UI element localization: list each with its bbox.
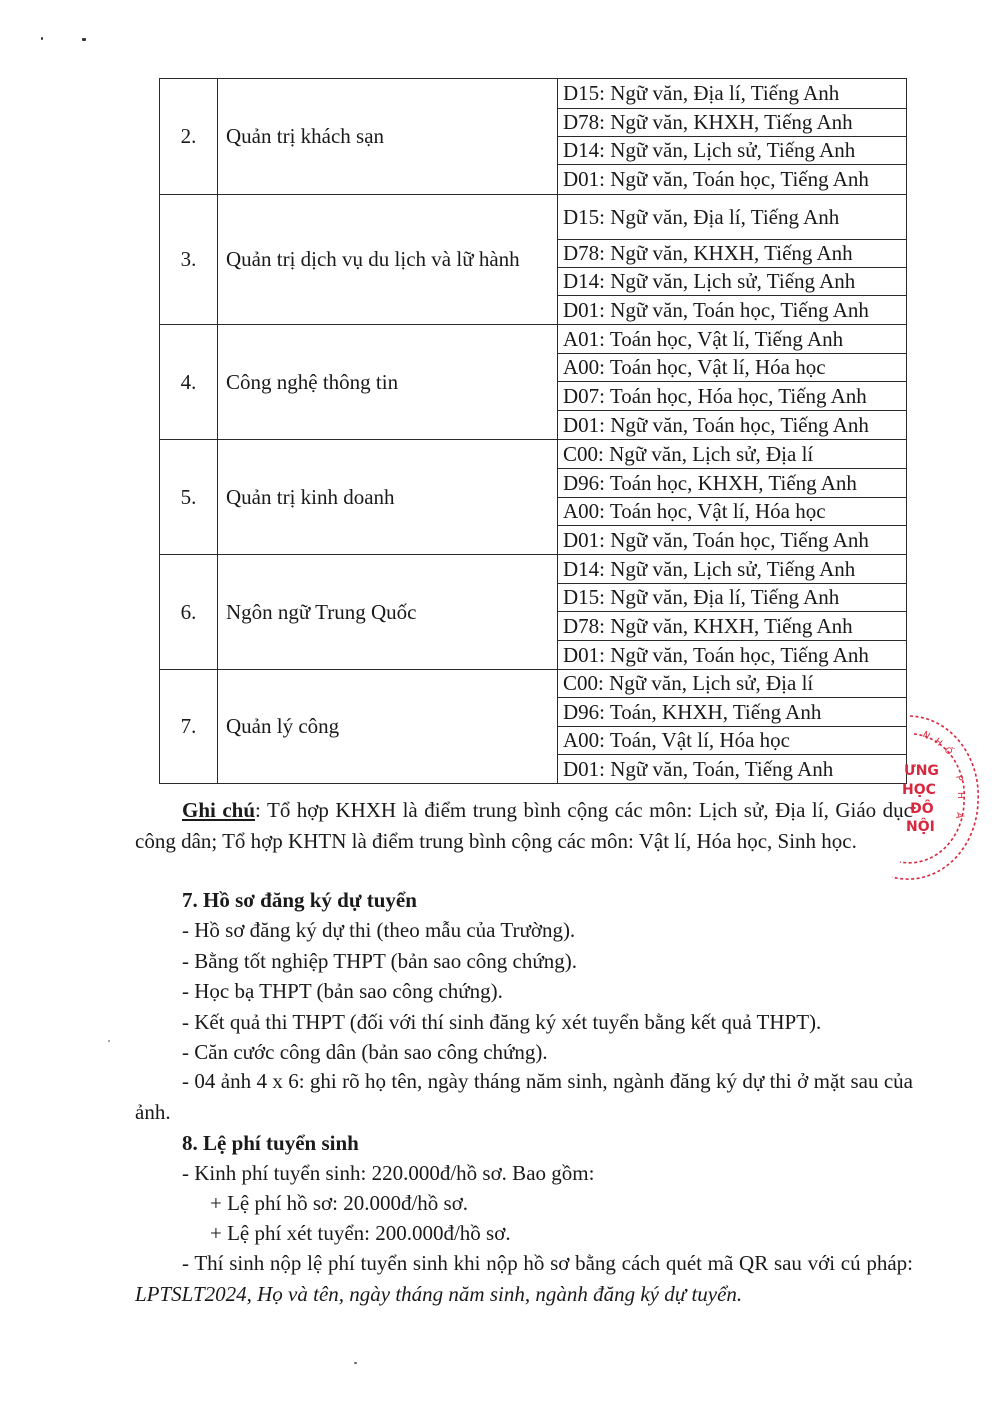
svg-text:H: H xyxy=(932,737,944,749)
subject-combination: D78: Ngữ văn, KHXH, Tiếng Anh xyxy=(558,109,907,137)
program-number: 6. xyxy=(160,555,218,670)
table-row: 7.Quản lý côngC00: Ngữ văn, Lịch sử, Địa… xyxy=(160,670,907,698)
subject-combination: D15: Ngữ văn, Địa lí, Tiếng Anh xyxy=(558,195,907,240)
section-7-item: - Kết quả thi THPT (đối với thí sinh đăn… xyxy=(182,1010,821,1035)
table-row: 6.Ngôn ngữ Trung QuốcD14: Ngữ văn, Lịch … xyxy=(160,555,907,584)
section-7-item: - Học bạ THPT (bản sao công chứng). xyxy=(182,979,503,1004)
table-row: 5.Quản trị kinh doanhC00: Ngữ văn, Lịch … xyxy=(160,440,907,469)
program-name: Quản trị khách sạn xyxy=(218,79,558,195)
scan-speck xyxy=(41,37,43,40)
payment-instructions: - Thí sinh nộp lệ phí tuyển sinh khi nộp… xyxy=(135,1248,913,1309)
table-row: 2.Quản trị khách sạnD15: Ngữ văn, Địa lí… xyxy=(160,79,907,109)
subject-combination: D01: Ngữ văn, Toán học, Tiếng Anh xyxy=(558,526,907,555)
subject-combination: D15: Ngữ văn, Địa lí, Tiếng Anh xyxy=(558,584,907,612)
subject-combination: D01: Ngữ văn, Toán học, Tiếng Anh xyxy=(558,296,907,325)
program-number: 5. xyxy=(160,440,218,555)
svg-text:H: H xyxy=(955,792,965,799)
payment-prefix: - Thí sinh nộp lệ phí tuyển sinh khi nộp… xyxy=(182,1251,913,1275)
subject-combination: D78: Ngữ văn, KHXH, Tiếng Anh xyxy=(558,612,907,641)
subject-combination: A00: Toán học, Vật lí, Hóa học xyxy=(558,354,907,382)
program-number: 2. xyxy=(160,79,218,195)
subject-combination: D14: Ngữ văn, Lịch sử, Tiếng Anh xyxy=(558,555,907,584)
fee-total: - Kinh phí tuyển sinh: 220.000đ/hồ sơ. B… xyxy=(182,1161,594,1186)
scan-speck xyxy=(82,38,86,41)
program-number: 3. xyxy=(160,195,218,325)
subject-combination: D01: Ngữ văn, Toán học, Tiếng Anh xyxy=(558,165,907,195)
subject-combination: D14: Ngữ văn, Lịch sử, Tiếng Anh xyxy=(558,137,907,165)
section-7-heading: 7. Hồ sơ đăng ký dự tuyển xyxy=(182,888,417,913)
section-8-heading: 8. Lệ phí tuyển sinh xyxy=(182,1131,359,1156)
table-row: 3.Quản trị dịch vụ du lịch và lữ hànhD15… xyxy=(160,195,907,240)
subject-combination: D96: Toán học, KHXH, Tiếng Anh xyxy=(558,469,907,498)
subject-combination: D01: Ngữ văn, Toán học, Tiếng Anh xyxy=(558,411,907,440)
program-number: 4. xyxy=(160,325,218,440)
svg-text:N: N xyxy=(921,730,932,742)
svg-text:Ố: Ố xyxy=(942,744,957,758)
program-name: Quản trị kinh doanh xyxy=(218,440,558,555)
svg-text:ƯNG: ƯNG xyxy=(904,763,939,779)
subject-combination: D96: Toán, KHXH, Tiếng Anh xyxy=(558,698,907,727)
section-7-item: - Bằng tốt nghiệp THPT (bản sao công chứ… xyxy=(182,949,577,974)
program-number: 7. xyxy=(160,670,218,784)
table-row: 4.Công nghệ thông tinA01: Toán học, Vật … xyxy=(160,325,907,354)
subject-combination: C00: Ngữ văn, Lịch sử, Địa lí xyxy=(558,670,907,698)
scan-speck xyxy=(108,1040,110,1042)
note-label: Ghi chú xyxy=(182,798,255,822)
fee-item-review: + Lệ phí xét tuyển: 200.000đ/hồ sơ. xyxy=(210,1221,511,1246)
note-paragraph: Ghi chú: Tổ hợp KHXH là điểm trung bình … xyxy=(135,795,913,856)
subject-combination: A00: Toán học, Vật lí, Hóa học xyxy=(558,498,907,526)
subject-combination: D14: Ngữ văn, Lịch sử, Tiếng Anh xyxy=(558,268,907,296)
svg-text:P: P xyxy=(953,775,964,783)
program-name: Quản lý công xyxy=(218,670,558,784)
section-7-photo-item: - 04 ảnh 4 x 6: ghi rõ họ tên, ngày thán… xyxy=(135,1066,913,1127)
subject-combination: D01: Ngữ văn, Toán học, Tiếng Anh xyxy=(558,641,907,670)
admission-combinations-table: 2.Quản trị khách sạnD15: Ngữ văn, Địa lí… xyxy=(159,78,907,784)
section-7-item: - Căn cước công dân (bản sao công chứng)… xyxy=(182,1040,548,1065)
svg-text:À: À xyxy=(953,811,966,820)
fee-item-application: + Lệ phí hồ sơ: 20.000đ/hồ sơ. xyxy=(210,1191,468,1216)
program-name: Công nghệ thông tin xyxy=(218,325,558,440)
subject-combination: D15: Ngữ văn, Địa lí, Tiếng Anh xyxy=(558,79,907,109)
subject-combination: D01: Ngữ văn, Toán, Tiếng Anh xyxy=(558,755,907,784)
subject-combination: C00: Ngữ văn, Lịch sử, Địa lí xyxy=(558,440,907,469)
subject-combination: A01: Toán học, Vật lí, Tiếng Anh xyxy=(558,325,907,354)
subject-combination: D07: Toán học, Hóa học, Tiếng Anh xyxy=(558,382,907,411)
svg-text:ĐÔ: ĐÔ xyxy=(910,799,934,817)
subject-combination: D78: Ngữ văn, KHXH, Tiếng Anh xyxy=(558,240,907,268)
scan-speck xyxy=(354,1362,357,1364)
payment-syntax: LPTSLT2024, Họ và tên, ngày tháng năm si… xyxy=(135,1282,742,1306)
section-7-item: - Hồ sơ đăng ký dự thi (theo mẫu của Trư… xyxy=(182,918,575,943)
program-name: Quản trị dịch vụ du lịch và lữ hành xyxy=(218,195,558,325)
program-name: Ngôn ngữ Trung Quốc xyxy=(218,555,558,670)
subject-combination: A00: Toán, Vật lí, Hóa học xyxy=(558,727,907,755)
